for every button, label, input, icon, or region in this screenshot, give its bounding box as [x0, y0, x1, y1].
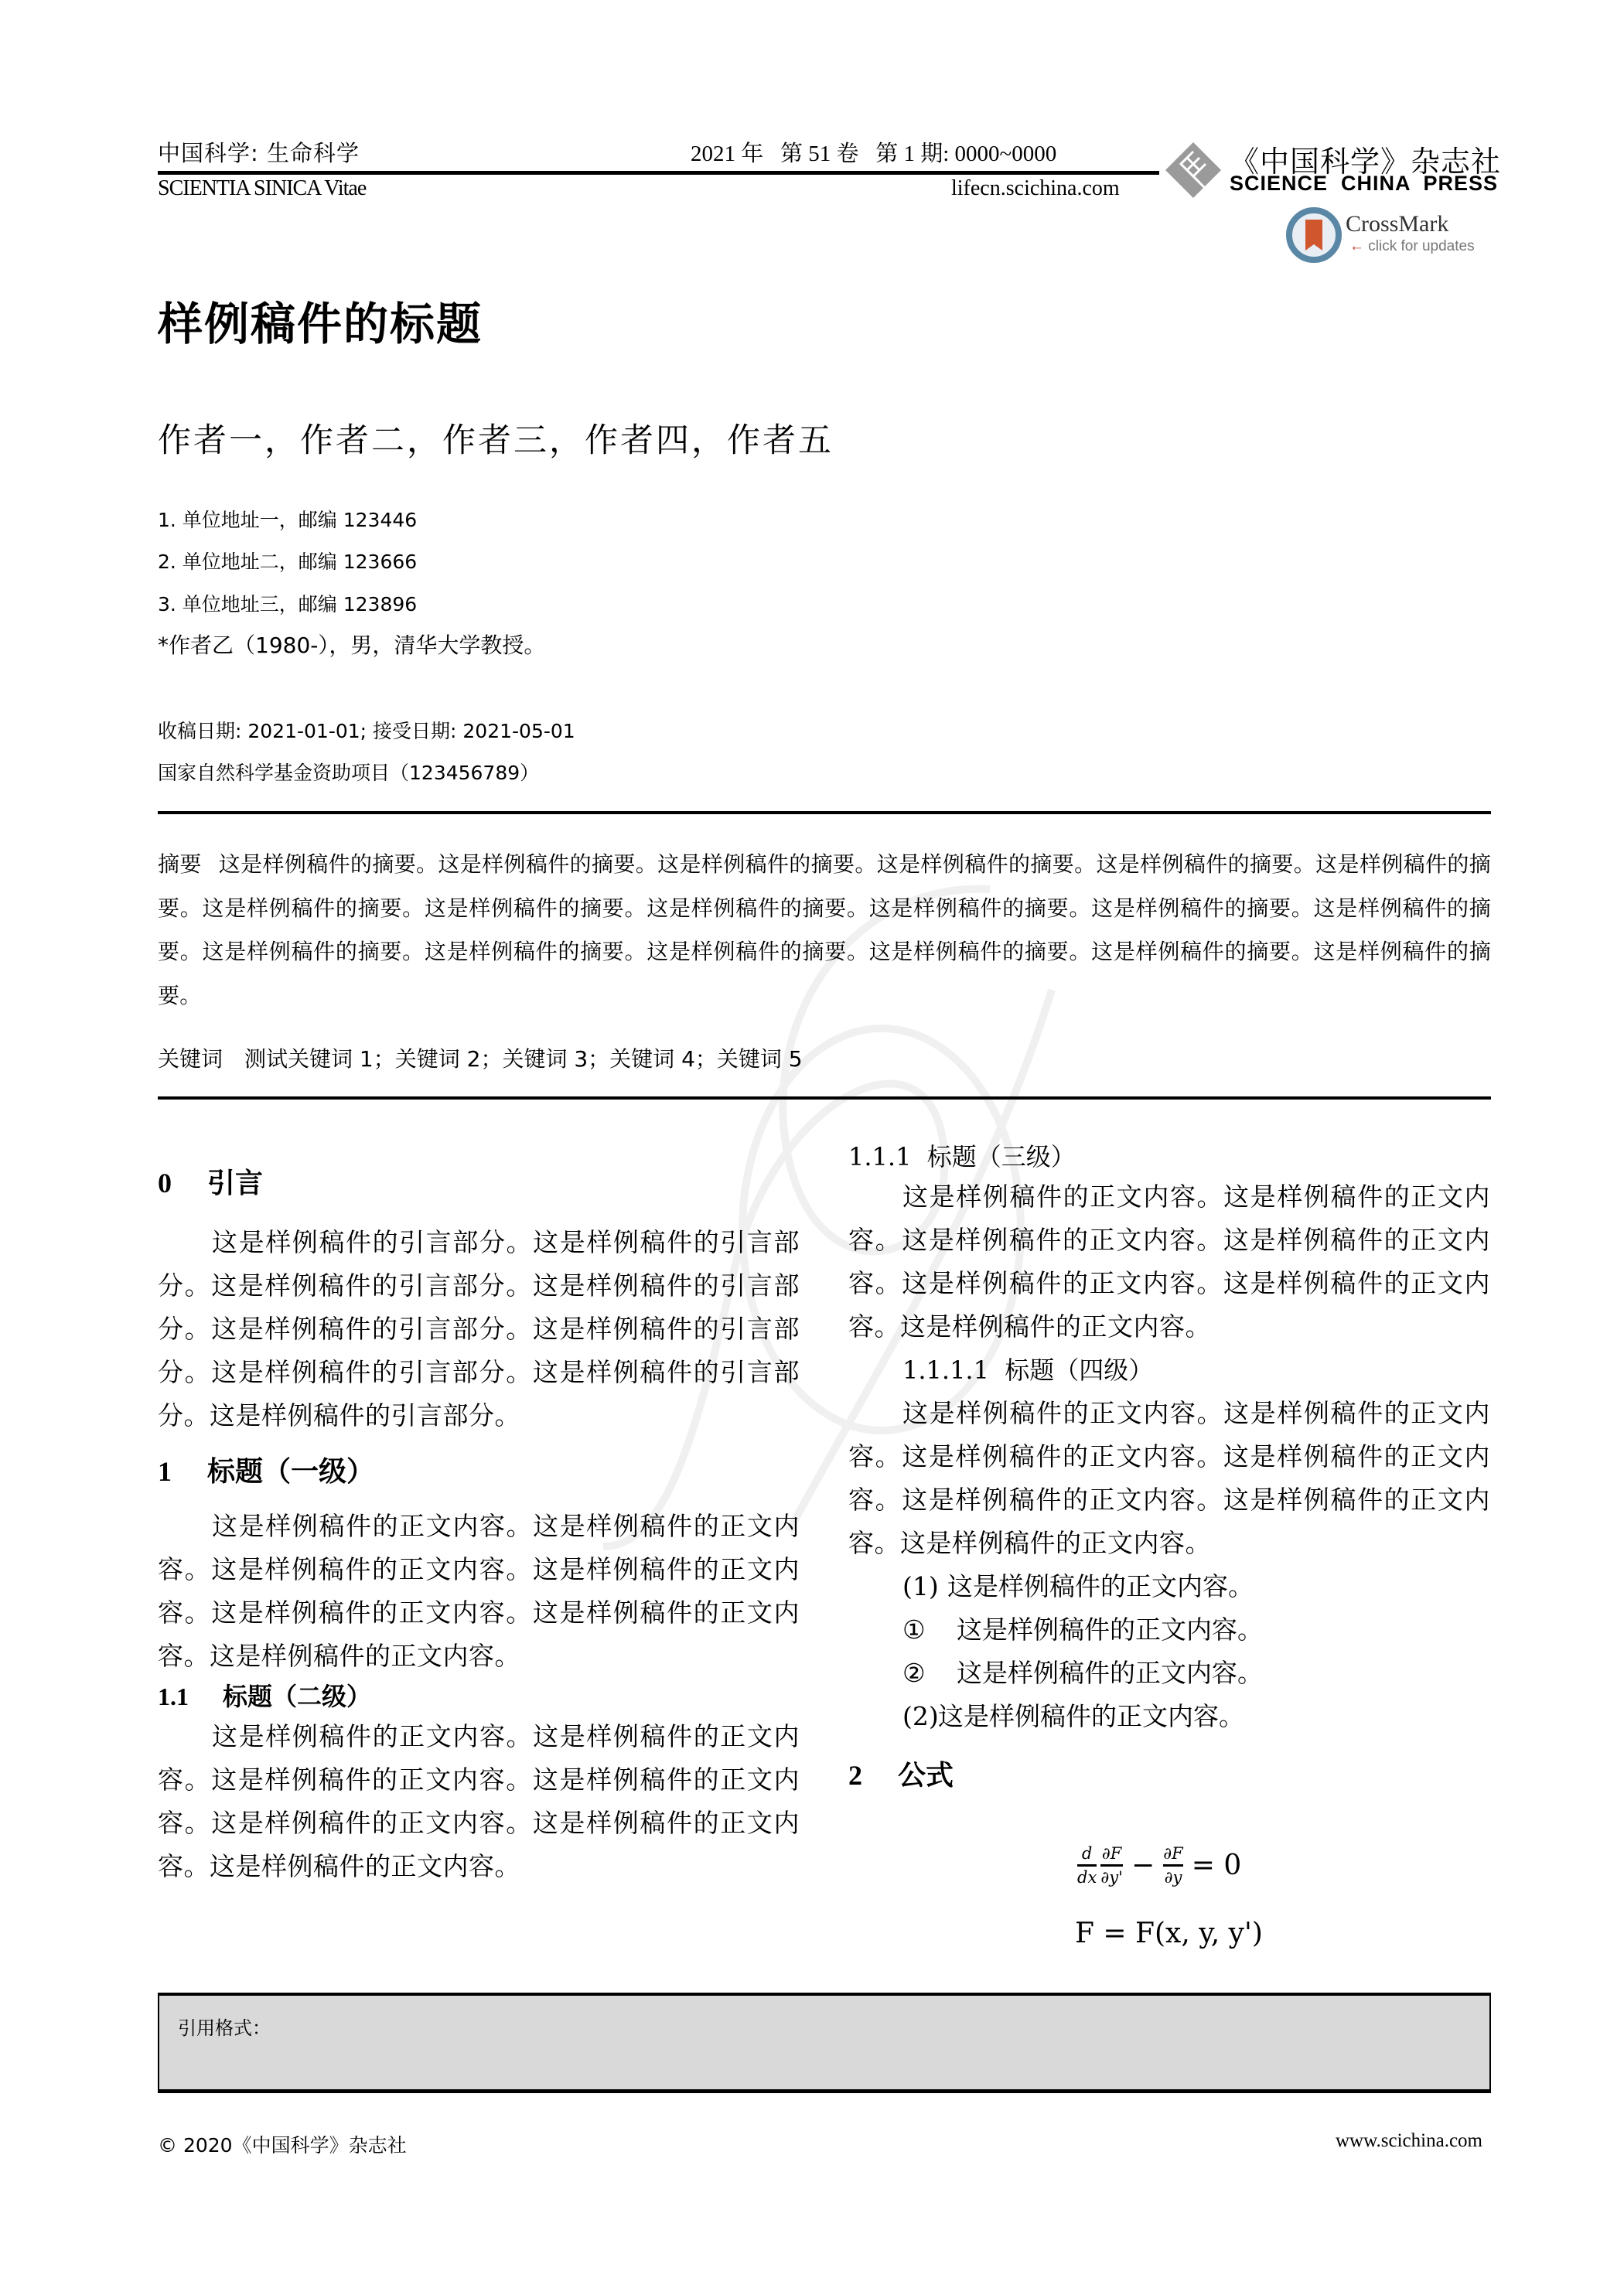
keywords: 关键词测试关键词 1；关键词 2；关键词 3；关键词 4；关键词 5 — [158, 1042, 803, 1073]
crossmark-updates-link[interactable]: ← click for updates — [1349, 238, 1475, 255]
list-item: ②这是样例稿件的正文内容。 — [848, 1652, 1490, 1695]
citation-box: 引用格式： — [158, 1993, 1491, 2093]
section-heading-0: 0引言 — [158, 1160, 800, 1207]
section-number: 2 — [848, 1752, 898, 1799]
abstract-text: 这是样例稿件的摘要。这是样例稿件的摘要。这是样例稿件的摘要。这是样例稿件的摘要。… — [158, 851, 1491, 1008]
section-title: 标题（一级） — [207, 1456, 374, 1488]
citation-label: 引用格式： — [178, 2013, 271, 2040]
corresponding-author-note: *作者乙（1980-），男，清华大学教授。 — [158, 629, 545, 660]
denominator: ∂y' — [1100, 1867, 1123, 1888]
list-item: ①这是样例稿件的正文内容。 — [848, 1608, 1490, 1652]
section-title: 引言 — [207, 1168, 263, 1199]
section-number: 1 — [158, 1448, 207, 1495]
section-1-1-1-1-paragraph: 这是样例稿件的正文内容。这是样例稿件的正文内容。这是样例稿件的正文内容。这是样例… — [848, 1392, 1490, 1565]
list-text: 这是样例稿件的正文内容。 — [947, 1571, 1254, 1601]
fraction: ddx — [1077, 1843, 1097, 1888]
header-rule — [158, 171, 1159, 175]
fraction: ∂F∂y' — [1100, 1843, 1123, 1888]
section-heading-2: 2公式 — [848, 1752, 1490, 1799]
list-marker: ② — [902, 1652, 957, 1695]
abstract: 摘要这是样例稿件的摘要。这是样例稿件的摘要。这是样例稿件的摘要。这是样例稿件的摘… — [158, 843, 1491, 1018]
section-number: 1.1 — [158, 1678, 223, 1715]
equation-rhs: = 0 — [1192, 1850, 1242, 1881]
funding-note: 国家自然科学基金资助项目（123456789） — [158, 758, 539, 786]
list-item: (2)这是样例稿件的正文内容。 — [848, 1695, 1490, 1738]
list-marker: (1) — [902, 1565, 947, 1608]
list-marker: (2) — [902, 1695, 938, 1738]
list-text: 这是样例稿件的正文内容。 — [938, 1701, 1244, 1731]
numerator: d — [1082, 1843, 1092, 1864]
euler-lagrange-equation: ddx ∂F∂y' − ∂F∂y = 0 — [1077, 1843, 1246, 1888]
affiliation-3: 3. 单位地址三，邮编 123896 — [158, 589, 417, 617]
minus-sign: − — [1131, 1850, 1155, 1881]
crossmark-sub-label: click for updates — [1368, 238, 1474, 254]
right-column: 1.1.1 标题（三级） 这是样例稿件的正文内容。这是样例稿件的正文内容。这是样… — [848, 1138, 1490, 1799]
section-heading-1-1-1-1: 1.1.1.1 标题（四级） — [848, 1349, 1490, 1392]
abstract-label: 摘要 — [158, 851, 202, 877]
author-list: 作者一，作者二，作者三，作者四，作者五 — [158, 414, 834, 462]
section-heading-1-1: 1.1标题（二级） — [158, 1678, 800, 1715]
crossmark-icon[interactable] — [1286, 207, 1342, 263]
science-china-press-logo-icon — [1164, 141, 1223, 199]
issue-info: 2021 年 第 51 卷 第 1 期: 0000~0000 — [691, 136, 1056, 168]
keywords-label: 关键词 — [158, 1046, 223, 1072]
affiliation-2: 2. 单位地址二，邮编 123666 — [158, 547, 417, 575]
section-number: 0 — [158, 1160, 207, 1206]
journal-name-en: SCIENTIA SINICA Vitae — [158, 176, 366, 201]
section-1-1-paragraph: 这是样例稿件的正文内容。这是样例稿件的正文内容。这是样例稿件的正文内容。这是样例… — [158, 1715, 800, 1888]
crossmark-label[interactable]: CrossMark — [1346, 211, 1448, 237]
journal-name-cn: 中国科学: 生命科学 — [158, 136, 360, 168]
denominator: dx — [1077, 1867, 1097, 1888]
list-text: 这是样例稿件的正文内容。 — [957, 1615, 1263, 1645]
numerator: ∂F — [1163, 1843, 1182, 1864]
paper-title: 样例稿件的标题 — [158, 288, 483, 353]
section-1-1-1-paragraph: 这是样例稿件的正文内容。这是样例稿件的正文内容。这是样例稿件的正文内容。这是样例… — [848, 1175, 1490, 1349]
abstract-top-rule — [158, 811, 1491, 814]
footer-copyright: © 2020《中国科学》杂志社 — [158, 2130, 407, 2158]
keywords-text: 测试关键词 1；关键词 2；关键词 3；关键词 4；关键词 5 — [244, 1046, 803, 1072]
journal-website-link[interactable]: lifecn.scichina.com — [951, 176, 1120, 201]
list-text: 这是样例稿件的正文内容。 — [957, 1658, 1263, 1688]
fraction: ∂F∂y — [1163, 1843, 1182, 1888]
functional-definition-equation: F = F(x, y, y') — [1075, 1918, 1263, 1949]
received-accepted-dates: 收稿日期: 2021-01-01; 接受日期: 2021-05-01 — [158, 716, 575, 744]
left-column: 0引言 这是样例稿件的引言部分。这是样例稿件的引言部分。这是样例稿件的引言部分。… — [158, 1160, 800, 1888]
list-item: (1)这是样例稿件的正文内容。 — [848, 1565, 1490, 1608]
section-heading-1-1-1: 1.1.1 标题（三级） — [848, 1138, 1490, 1175]
section-title: 公式 — [898, 1760, 954, 1792]
footer-website-link[interactable]: www.scichina.com — [1336, 2130, 1482, 2152]
arrow-left-icon: ← — [1349, 238, 1364, 254]
affiliation-1: 1. 单位地址一，邮编 123446 — [158, 505, 417, 533]
numerator: ∂F — [1102, 1843, 1121, 1864]
abstract-bottom-rule — [158, 1096, 1491, 1100]
list-marker: ① — [902, 1608, 957, 1652]
section-1-paragraph: 这是样例稿件的正文内容。这是样例稿件的正文内容。这是样例稿件的正文内容。这是样例… — [158, 1505, 800, 1678]
intro-paragraph: 这是样例稿件的引言部分。这是样例稿件的引言部分。这是样例稿件的引言部分。这是样例… — [158, 1221, 800, 1437]
section-title: 标题（二级） — [223, 1682, 371, 1711]
publisher-name-en: SCIENCE CHINA PRESS — [1230, 172, 1498, 196]
denominator: ∂y — [1165, 1867, 1182, 1888]
section-heading-1: 1标题（一级） — [158, 1448, 800, 1495]
